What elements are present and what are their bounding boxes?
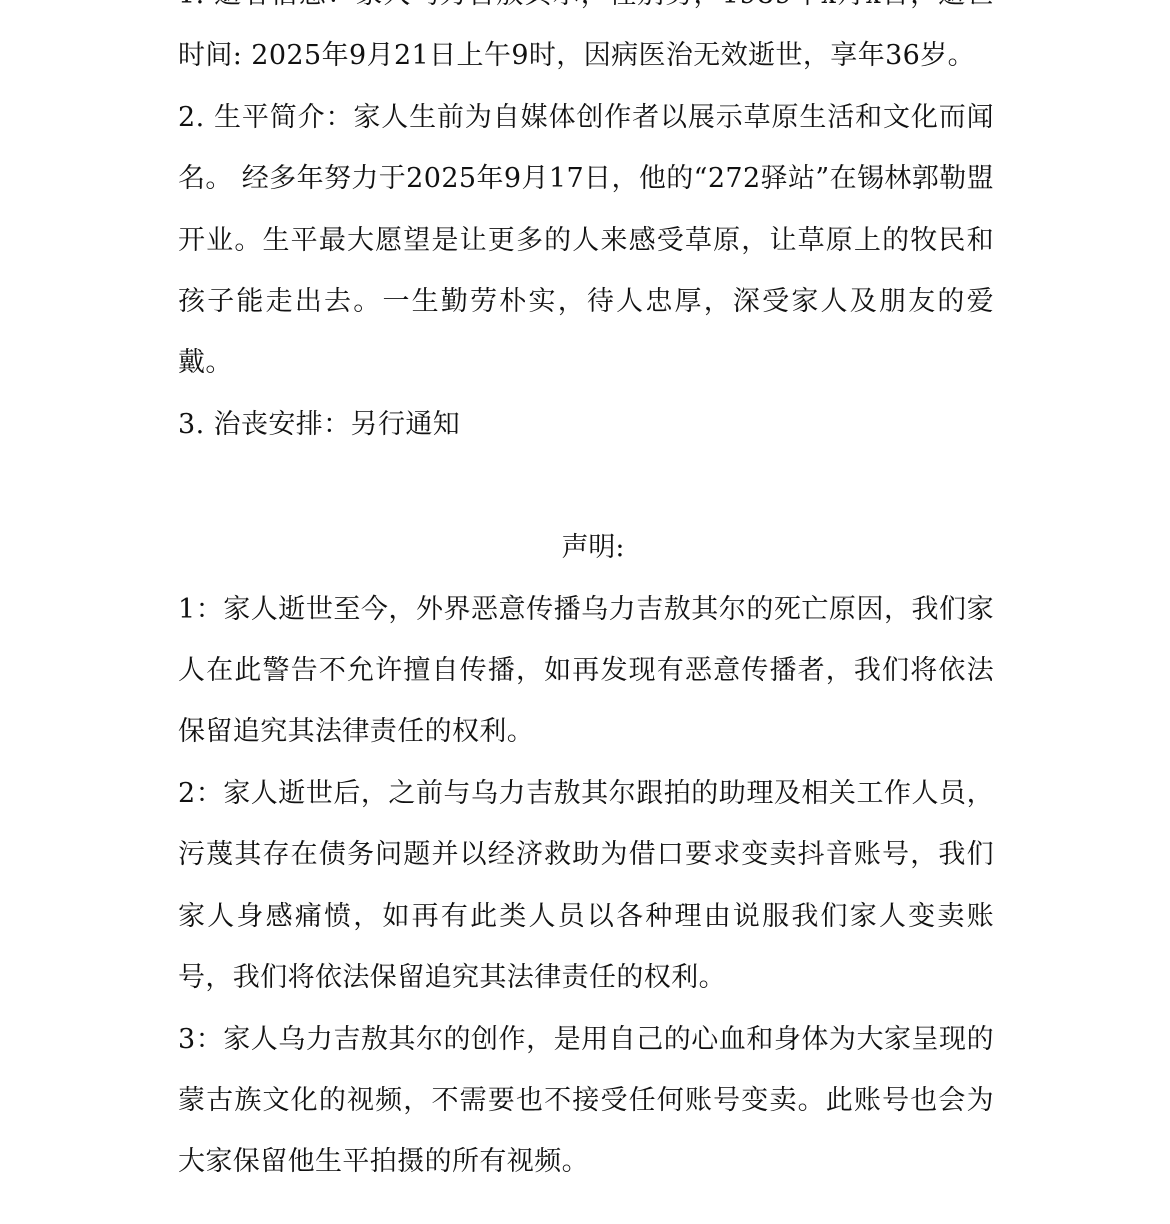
statement-item-1: 1：家人逝世至今，外界恶意传播乌力吉敖其尔的死亡原因，我们家人在此警告不允许擅自… <box>178 579 994 763</box>
info-item-funeral: 3. 治丧安排：另行通知 <box>178 394 994 455</box>
statement-heading: 声明: <box>178 517 994 578</box>
info-item-biography: 2. 生平简介：家人生前为自媒体创作者以展示草原生活和文化而闻名。 经多年努力于… <box>178 87 994 394</box>
statement-item-3: 3：家人乌力吉敖其尔的创作，是用自己的心血和身体为大家呈现的蒙古族文化的视频，不… <box>178 1009 994 1193</box>
info-item-deceased: 1. 逝者信息：家人乌力吉敖其尔，性别男，1989年x月x日，逝世时间: 202… <box>178 0 994 87</box>
section-spacer <box>178 455 994 517</box>
document-page: 1. 逝者信息：家人乌力吉敖其尔，性别男，1989年x月x日，逝世时间: 202… <box>178 0 994 1193</box>
statement-item-2: 2：家人逝世后，之前与乌力吉敖其尔跟拍的助理及相关工作人员，污蔑其存在债务问题并… <box>178 763 994 1009</box>
